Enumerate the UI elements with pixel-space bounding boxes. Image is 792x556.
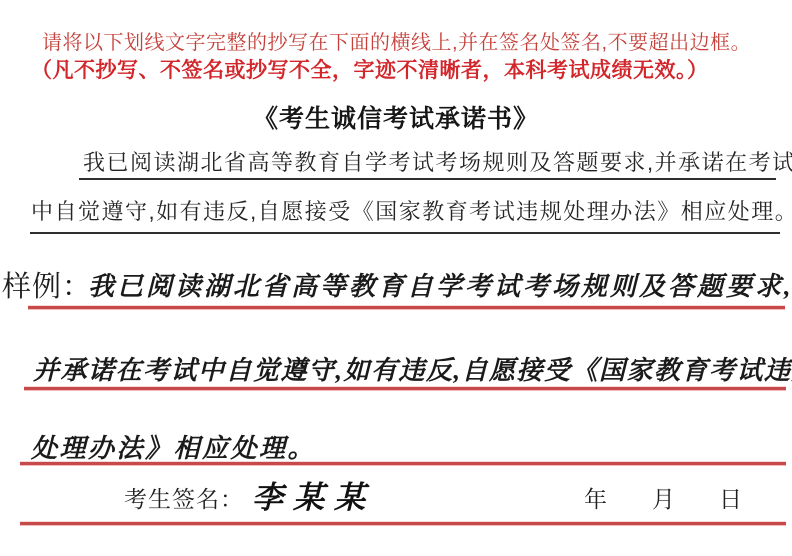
page-title: 《考生诚信考试承诺书》	[0, 99, 792, 135]
instruction-warning-line: （凡不抄写、不签名或抄写不全，字迹不清晰者，本科考试成绩无效。）	[31, 54, 709, 84]
sample-label: 样例：	[2, 264, 92, 305]
pledge-text-line-2: 中自觉遵守,如有违反,自愿接受《国家教育考试违规处理办法》相应处理。	[31, 195, 792, 226]
sample-handwritten-line-3: 处理办法》相应处理。	[31, 428, 316, 465]
copy-line-rule-1	[28, 306, 785, 309]
pledge-underline-1	[79, 178, 776, 180]
pledge-text-line-1: 我已阅读湖北省高等教育自学考试考场规则及答题要求,并承诺在考试	[83, 146, 792, 177]
pledge-underline-2	[30, 232, 780, 234]
sample-handwritten-line-2: 并承诺在考试中自觉遵守,如有违反,自愿接受《国家教育考试违规	[33, 350, 792, 387]
signature-row-rule	[20, 522, 786, 525]
sample-handwritten-line-1: 我已阅读湖北省高等教育自学考试考场规则及答题要求,	[88, 266, 792, 303]
signature-name: 李某某	[252, 472, 375, 517]
copy-line-rule-2	[24, 387, 786, 390]
date-day-label: 日	[719, 481, 742, 514]
date-year-label: 年	[584, 481, 607, 514]
pledge-document: 请将以下划线文字完整的抄写在下面的横线上,并在签名处签名,不要超出边框。 （凡不…	[0, 0, 792, 556]
copy-line-rule-3	[20, 462, 786, 465]
date-month-label: 月	[652, 481, 675, 514]
signature-label: 考生签名：	[124, 481, 244, 514]
instruction-line-1: 请将以下划线文字完整的抄写在下面的横线上,并在签名处签名,不要超出边框。	[42, 26, 751, 55]
